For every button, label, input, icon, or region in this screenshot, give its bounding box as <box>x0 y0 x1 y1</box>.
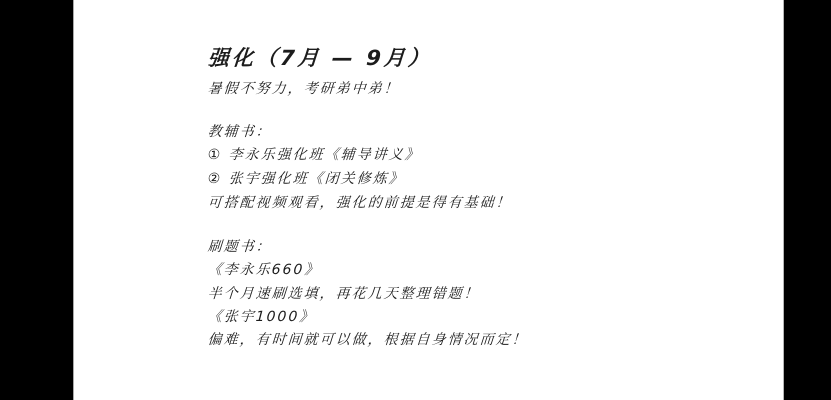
left-black-bar <box>0 0 73 400</box>
exercise-book-1-note: 半个月速刷选填，再花几天整理错题！ <box>207 283 480 303</box>
textbooks-heading: 教辅书： <box>207 121 272 141</box>
exercise-book-1-title: 《李永乐660》 <box>207 259 321 279</box>
textbooks-item-2: ② 张宇强化班《闭关修炼》 <box>207 168 405 188</box>
exercise-books-heading: 刷题书： <box>207 236 272 256</box>
exercise-book-2-note: 偏难，有时间就可以做，根据自身情况而定！ <box>207 329 528 349</box>
right-black-bar <box>784 0 831 400</box>
textbooks-item-1: ① 李永乐强化班《辅导讲义》 <box>207 144 421 164</box>
exercise-book-2-title: 《张宇1000》 <box>207 306 316 326</box>
document-page: 强化（7月 — 9月） 暑假不努力，考研弟中弟！ 教辅书： ① 李永乐强化班《辅… <box>73 0 784 400</box>
page-title: 强化（7月 — 9月） <box>207 42 433 72</box>
page-subtitle: 暑假不努力，考研弟中弟！ <box>207 78 400 98</box>
screen: 强化（7月 — 9月） 暑假不努力，考研弟中弟！ 教辅书： ① 李永乐强化班《辅… <box>0 0 831 400</box>
textbooks-note: 可搭配视频观看，强化的前提是得有基础！ <box>207 192 512 212</box>
